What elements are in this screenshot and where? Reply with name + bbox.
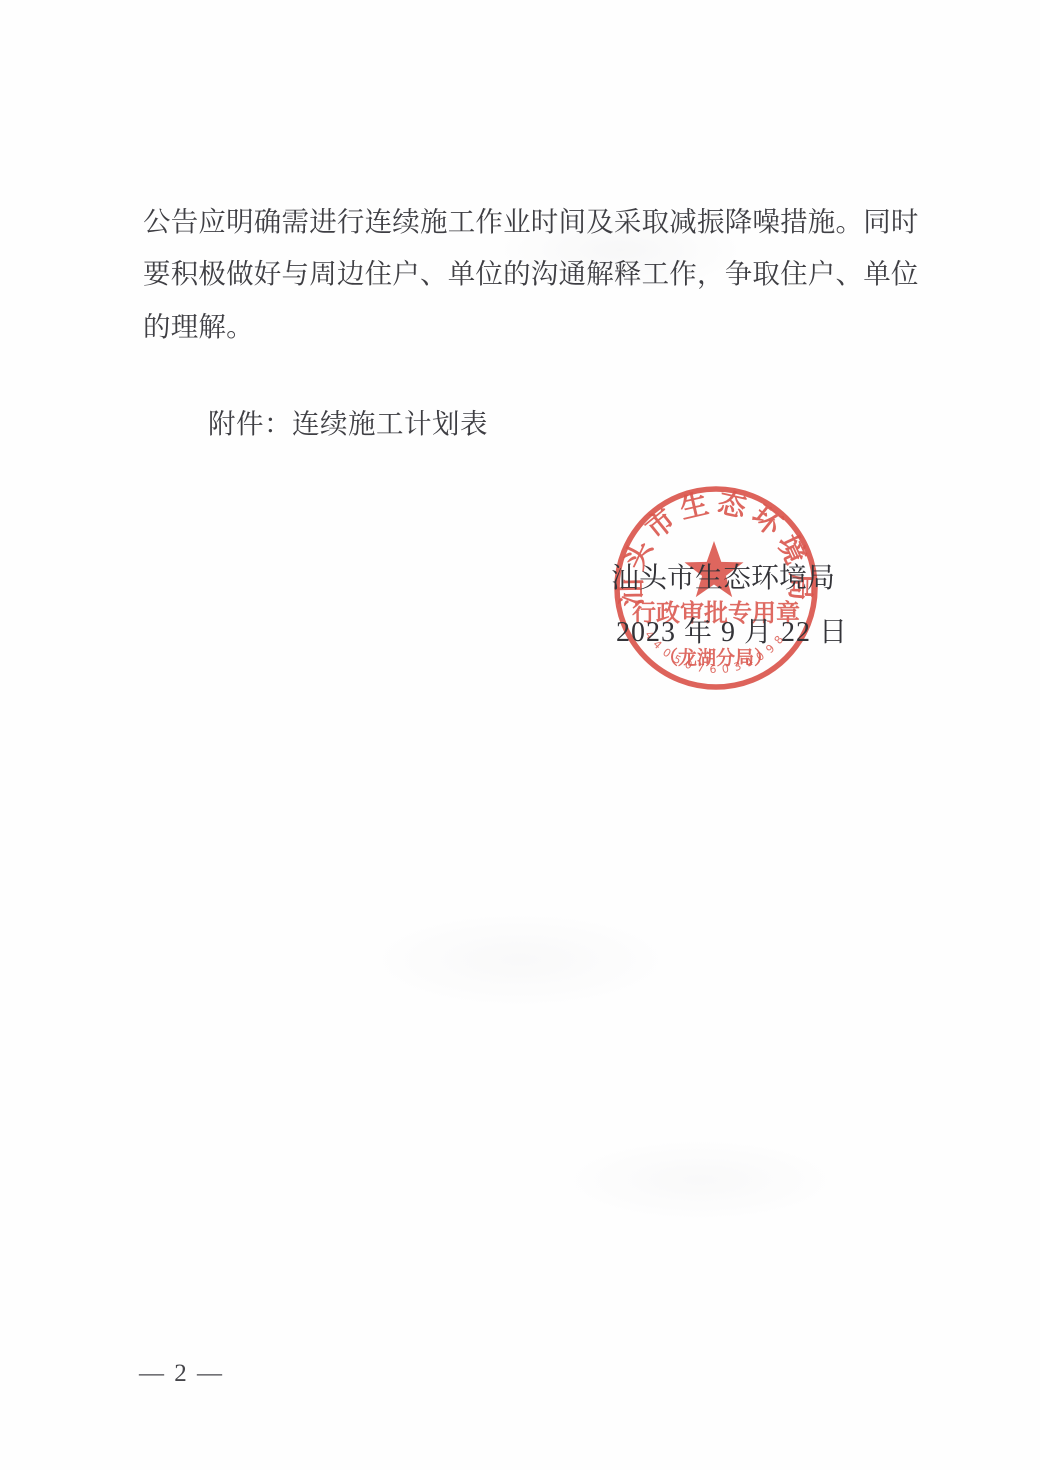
signature-agency-name: 汕头市生态环境局 (611, 556, 835, 596)
attachment-label: 附件：连续施工计划表 (208, 398, 488, 450)
paragraph-line: 公告应明确需进行连续施工作业时间及采取减振降噪措施。同时 (143, 196, 923, 248)
main-paragraph: 公告应明确需进行连续施工作业时间及采取减振降噪措施。同时 要积极做好与周边住户、… (143, 196, 923, 353)
page-number: — 2 — (139, 1360, 224, 1388)
document-page: 公告应明确需进行连续施工作业时间及采取减振降噪措施。同时 要积极做好与周边住户、… (0, 0, 1040, 1470)
paragraph-line: 的理解。 (143, 301, 923, 353)
paragraph-line: 要积极做好与周边住户、单位的沟通解释工作，争取住户、单位 (143, 248, 923, 300)
signature-date: 2023 年 9 月 22 日 (616, 610, 848, 650)
